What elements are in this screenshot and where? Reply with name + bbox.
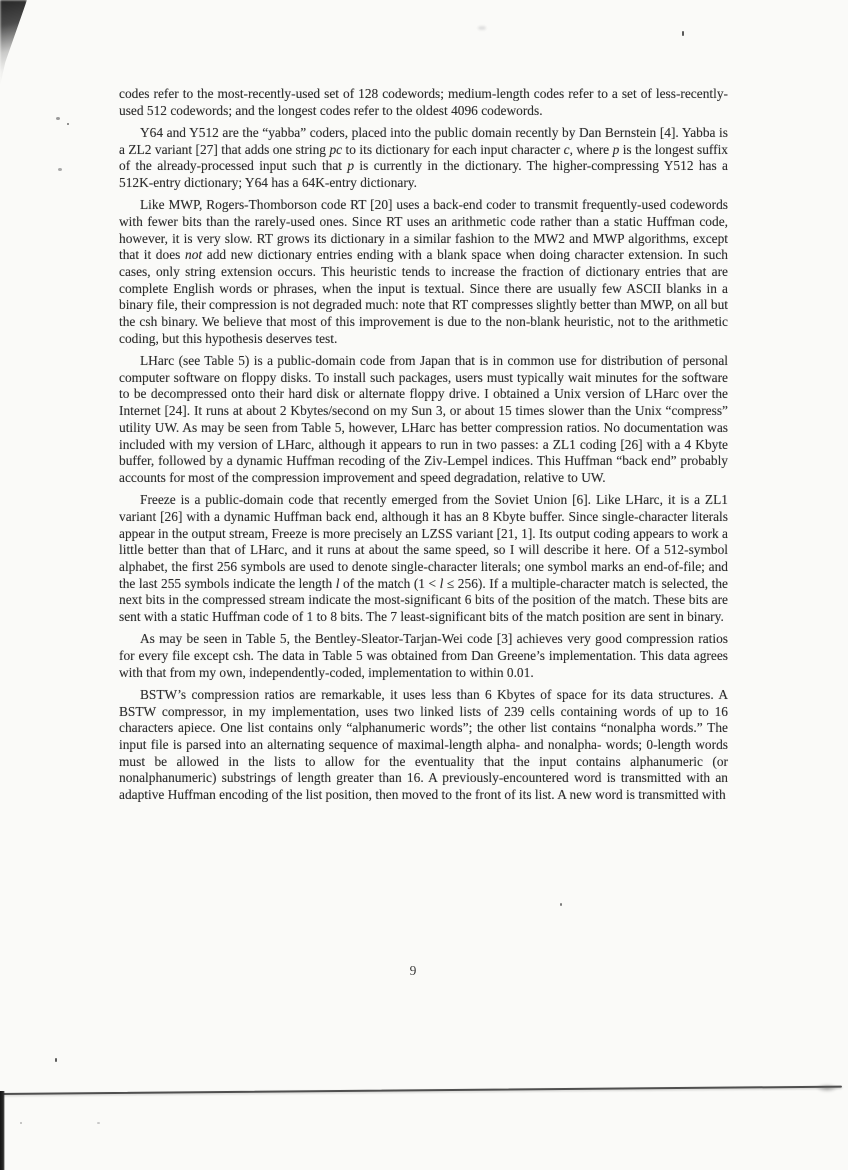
scan-edge-strip xyxy=(0,1091,5,1170)
body-text: to its dictionary for each input charact… xyxy=(342,142,564,157)
page-bottom-edge xyxy=(0,1086,842,1095)
scan-speck xyxy=(55,1058,57,1062)
italic-text: not xyxy=(185,247,202,262)
paragraph: Y64 and Y512 are the “yabba” coders, pla… xyxy=(119,125,728,192)
scan-speck xyxy=(682,31,684,36)
paragraph: LHarc (see Table 5) is a public-domain c… xyxy=(119,353,728,487)
paragraph: As may be seen in Table 5, the Bentley-S… xyxy=(119,631,728,681)
page-number: 9 xyxy=(119,963,707,979)
scan-speck xyxy=(20,1122,22,1124)
italic-text: pc xyxy=(329,142,342,157)
scan-smudge-topleft xyxy=(0,0,27,86)
scan-speck xyxy=(58,168,62,171)
paragraph: BSTW’s compression ratios are remarkable… xyxy=(119,687,728,804)
scan-speck xyxy=(56,117,60,120)
body-text: add new dictionary entries ending with a… xyxy=(119,247,728,346)
scan-speck xyxy=(67,123,69,125)
scan-speck xyxy=(560,903,562,906)
body-text: , where xyxy=(570,142,613,157)
body-text: codes refer to the most-recently-used se… xyxy=(119,86,728,118)
body-text: As may be seen in Table 5, the Bentley-S… xyxy=(119,631,728,679)
scan-speck xyxy=(478,26,486,30)
scan-speck xyxy=(97,1122,100,1124)
body-text: of the match (1 < xyxy=(339,576,439,591)
body-text: BSTW’s compression ratios are remarkable… xyxy=(119,687,728,802)
page-corner-shadow xyxy=(812,1082,842,1094)
body-text: LHarc (see Table 5) is a public-domain c… xyxy=(119,353,728,485)
paragraph: Freeze is a public-domain code that rece… xyxy=(119,492,728,626)
body-text-column: codes refer to the most-recently-used se… xyxy=(119,86,728,809)
paragraph: Like MWP, Rogers-Thomborson code RT [20]… xyxy=(119,197,728,347)
paragraph: codes refer to the most-recently-used se… xyxy=(119,86,728,119)
